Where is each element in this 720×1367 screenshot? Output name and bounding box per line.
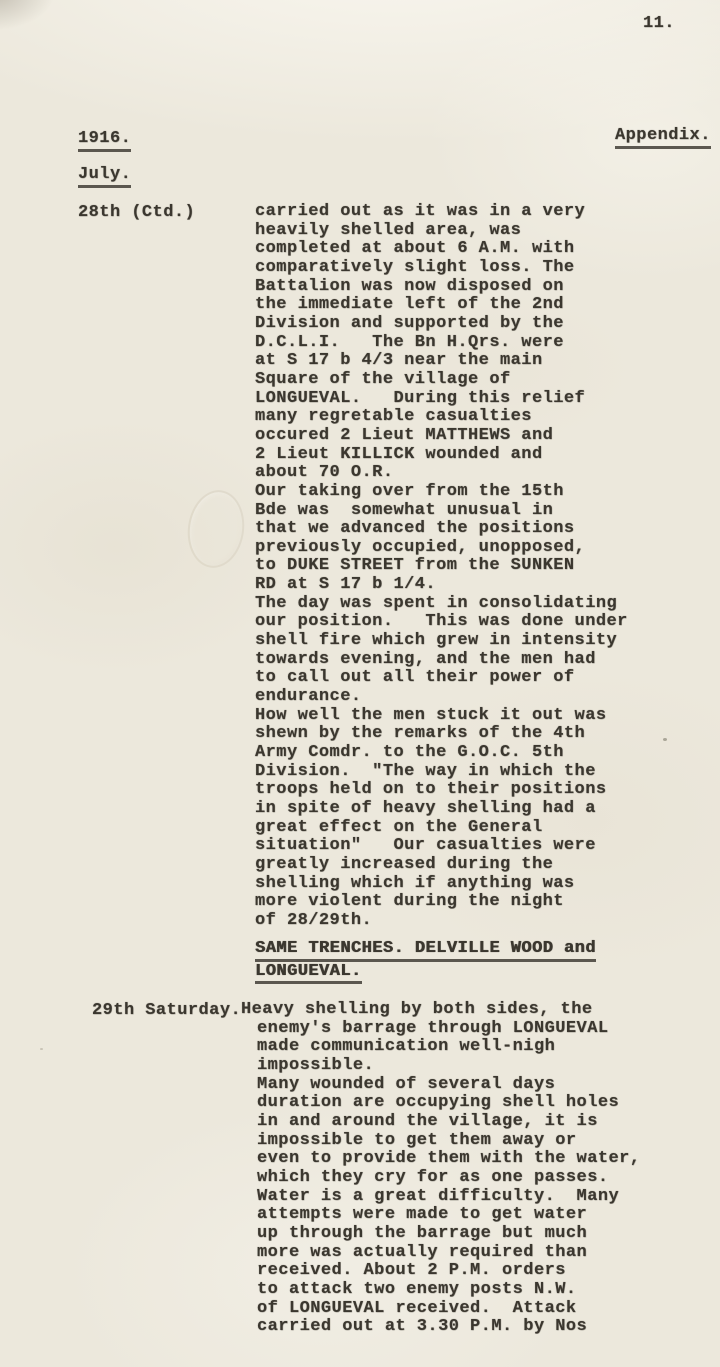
text-line: towards evening, and the men had [255, 651, 628, 670]
section-heading: SAME TRENCHES. DELVILLE WOOD andLONGUEVA… [255, 940, 596, 985]
ink-speck [663, 738, 667, 741]
text-line: about 70 O.R. [255, 464, 628, 483]
page-number: 11. [643, 14, 675, 33]
text-line: attempts were made to get water [257, 1206, 640, 1225]
text-line: shell fire which grew in intensity [255, 632, 628, 651]
text-line: Battalion was now disposed on [255, 278, 628, 297]
text-line: many regretable casualties [255, 408, 628, 427]
text-line: LONGUEVAL. During this relief [255, 390, 628, 409]
text-line: Heavy shelling by both sides, the [257, 1001, 640, 1020]
text-line: impossible to get them away or [257, 1132, 640, 1151]
text-line: D.C.L.I. The Bn H.Qrs. were [255, 334, 628, 353]
text-line: more violent during the night [255, 893, 628, 912]
text-line: of LONGUEVAL received. Attack [257, 1300, 640, 1319]
text-line: Square of the village of [255, 371, 628, 390]
text-line: carried out at 3.30 P.M. by Nos [257, 1318, 640, 1337]
ink-speck [40, 1048, 43, 1050]
text-line: Our taking over from the 15th [255, 483, 628, 502]
text-line: in spite of heavy shelling had a [255, 800, 628, 819]
text-line: Army Comdr. to the G.O.C. 5th [255, 744, 628, 763]
text-line: to call out all their power of [255, 669, 628, 688]
document-page: 11. 1916. Appendix. July. 28th (Ctd.) ca… [0, 0, 720, 1367]
text-line: situation" Our casualties were [255, 837, 628, 856]
year-heading: 1916. [78, 129, 131, 152]
text-line: greatly increased during the [255, 856, 628, 875]
text-line: enemy's barrage through LONGUEVAL [257, 1020, 640, 1039]
text-line: shelling which if anything was [255, 875, 628, 894]
text-line: troops held on to their positions [255, 781, 628, 800]
entry-date-label: 28th (Ctd.) [78, 203, 195, 222]
text-line: at S 17 b 4/3 near the main [255, 352, 628, 371]
text-line: which they cry for as one passes. [257, 1169, 640, 1188]
text-line: Many wounded of several days [257, 1076, 640, 1095]
text-line: previously occupied, unopposed, [255, 539, 628, 558]
text-line: to DUKE STREET from the SUNKEN [255, 557, 628, 576]
text-line: comparatively slight loss. The [255, 259, 628, 278]
embossed-stamp-watermark [183, 486, 249, 571]
text-line: endurance. [255, 688, 628, 707]
text-line: impossible. [257, 1057, 640, 1076]
text-line: Water is a great difficulty. Many [257, 1188, 640, 1207]
text-line: LONGUEVAL. [255, 963, 362, 985]
text-line: How well the men stuck it out was [255, 707, 628, 726]
text-line: more was actually required than [257, 1244, 640, 1263]
text-line: made communication well-nigh [257, 1038, 640, 1057]
text-line: The day was spent in consolidating [255, 595, 628, 614]
text-line: great effect on the General [255, 819, 628, 838]
text-line: Division and supported by the [255, 315, 628, 334]
appendix-heading: Appendix. [615, 126, 711, 149]
text-line: duration are occupying shell holes [257, 1094, 640, 1113]
text-line: received. About 2 P.M. orders [257, 1262, 640, 1281]
text-line: of 28/29th. [255, 912, 628, 931]
month-heading: July. [78, 165, 131, 188]
entry-text-block: Heavy shelling by both sides, theenemy's… [257, 1001, 640, 1337]
text-line: the immediate left of the 2nd [255, 296, 628, 315]
text-line: that we advanced the positions [255, 520, 628, 539]
text-line: Bde was somewhat unusual in [255, 502, 628, 521]
text-line: even to provide them with the water, [257, 1150, 640, 1169]
text-line: completed at about 6 A.M. with [255, 240, 628, 259]
text-line: heavily shelled area, was [255, 222, 628, 241]
text-line: our position. This was done under [255, 613, 628, 632]
entry-date-label: 29th Saturday. [92, 1001, 241, 1020]
text-line: RD at S 17 b 1/4. [255, 576, 628, 595]
text-line: occured 2 Lieut MATTHEWS and [255, 427, 628, 446]
text-line: in and around the village, it is [257, 1113, 640, 1132]
text-line: Division. "The way in which the [255, 763, 628, 782]
text-line: to attack two enemy posts N.W. [257, 1281, 640, 1300]
text-line: SAME TRENCHES. DELVILLE WOOD and [255, 940, 596, 962]
entry-text-block: carried out as it was in a veryheavily s… [255, 203, 628, 931]
text-line: 2 Lieut KILLICK wounded and [255, 446, 628, 465]
text-line: shewn by the remarks of the 4th [255, 725, 628, 744]
text-line: up through the barrage but much [257, 1225, 640, 1244]
text-line: carried out as it was in a very [255, 203, 628, 222]
